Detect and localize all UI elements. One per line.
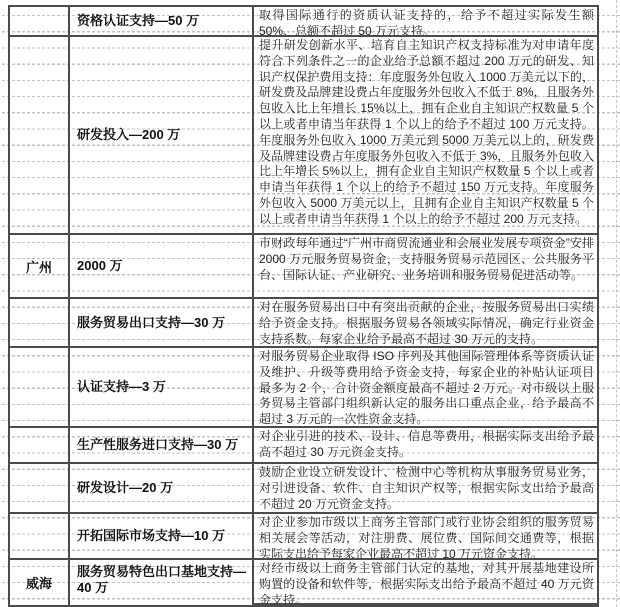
table-row: 开拓国际市场支持—10 万 对企业参加市级以上商务主管部门或行业协会组织的服务贸… xyxy=(10,512,597,558)
description-cell[interactable]: 市财政每年通过“广州市商贸流通业和会展业发展专项资金”安排 2000 万元服务贸… xyxy=(254,235,597,297)
description-cell[interactable]: 提升研发创新水平、培育自主知识产权支持标准为对申请年度符合下列条件之一的企业给予… xyxy=(254,37,597,233)
city-cell[interactable] xyxy=(10,299,70,346)
policy-cell[interactable]: 服务贸易出口支持—30 万 xyxy=(70,299,254,346)
city-cell-weihai[interactable]: 威海 xyxy=(10,560,70,605)
gridline-vertical xyxy=(616,0,617,607)
city-cell[interactable] xyxy=(10,37,70,233)
description-cell[interactable]: 对企业引进的技术、设计、信息等费用，根据实际支出给予最高不超过 30 万元资金支… xyxy=(254,428,597,462)
city-cell[interactable] xyxy=(10,7,70,35)
policy-cell[interactable]: 资格认证支持—50 万 xyxy=(70,7,254,35)
policy-cell[interactable]: 2000 万 xyxy=(70,235,254,297)
table-row: 研发投入—200 万 提升研发创新水平、培育自主知识产权支持标准为对申请年度符合… xyxy=(10,35,597,233)
description-cell[interactable]: 取得国际通行的资质认证支持的，给予不超过实际发生额 50%、总额不超过 50 万… xyxy=(254,7,597,35)
table-row: 广州 2000 万 市财政每年通过“广州市商贸流通业和会展业发展专项资金”安排 … xyxy=(10,233,597,297)
description-cell[interactable]: 对企业参加市级以上商务主管部门或行业协会组织的服务贸易相关展会等活动，对注册费、… xyxy=(254,514,597,558)
table-row: 生产性服务进口支持—30 万 对企业引进的技术、设计、信息等费用，根据实际支出给… xyxy=(10,426,597,462)
policy-cell[interactable]: 生产性服务进口支持—30 万 xyxy=(70,428,254,462)
policy-cell[interactable]: 研发投入—200 万 xyxy=(70,37,254,233)
subsidy-policy-table: 资格认证支持—50 万 取得国际通行的资质认证支持的，给予不超过实际发生额 50… xyxy=(8,5,599,607)
city-cell[interactable] xyxy=(10,514,70,558)
description-cell[interactable]: 对在服务贸易出口中有突出贡献的企业，按服务贸易出口实绩给予资金支持。根据服务贸易… xyxy=(254,299,597,346)
table-row: 服务贸易出口支持—30 万 对在服务贸易出口中有突出贡献的企业，按服务贸易出口实… xyxy=(10,297,597,346)
description-cell[interactable]: 对服务贸易企业取得 ISO 序列及其他国际管理体系等资质认证及维护、升级等费用给… xyxy=(254,348,597,426)
policy-cell[interactable]: 开拓国际市场支持—10 万 xyxy=(70,514,254,558)
policy-cell[interactable]: 认证支持—3 万 xyxy=(70,348,254,426)
policy-cell[interactable]: 研发设计—20 万 xyxy=(70,464,254,512)
policy-cell[interactable]: 服务贸易特色出口基地支持—40 万 xyxy=(70,560,254,605)
city-cell[interactable] xyxy=(10,464,70,512)
city-cell[interactable] xyxy=(10,348,70,426)
table-row: 认证支持—3 万 对服务贸易企业取得 ISO 序列及其他国际管理体系等资质认证及… xyxy=(10,346,597,426)
city-cell[interactable] xyxy=(10,428,70,462)
city-cell-guangzhou[interactable]: 广州 xyxy=(10,235,70,297)
description-cell[interactable]: 对经市级以上商务主管部门认定的基地，对其开展基地建设所购置的设备和软件等，根据实… xyxy=(254,560,597,605)
table-row: 研发设计—20 万 鼓励企业设立研发设计、检测中心等机构从事服务贸易业务，对引进… xyxy=(10,462,597,512)
description-cell[interactable]: 鼓励企业设立研发设计、检测中心等机构从事服务贸易业务，对引进设备、软件、自主知识… xyxy=(254,464,597,512)
table-row: 威海 服务贸易特色出口基地支持—40 万 对经市级以上商务主管部门认定的基地，对… xyxy=(10,558,597,605)
table-row: 资格认证支持—50 万 取得国际通行的资质认证支持的，给予不超过实际发生额 50… xyxy=(10,7,597,35)
